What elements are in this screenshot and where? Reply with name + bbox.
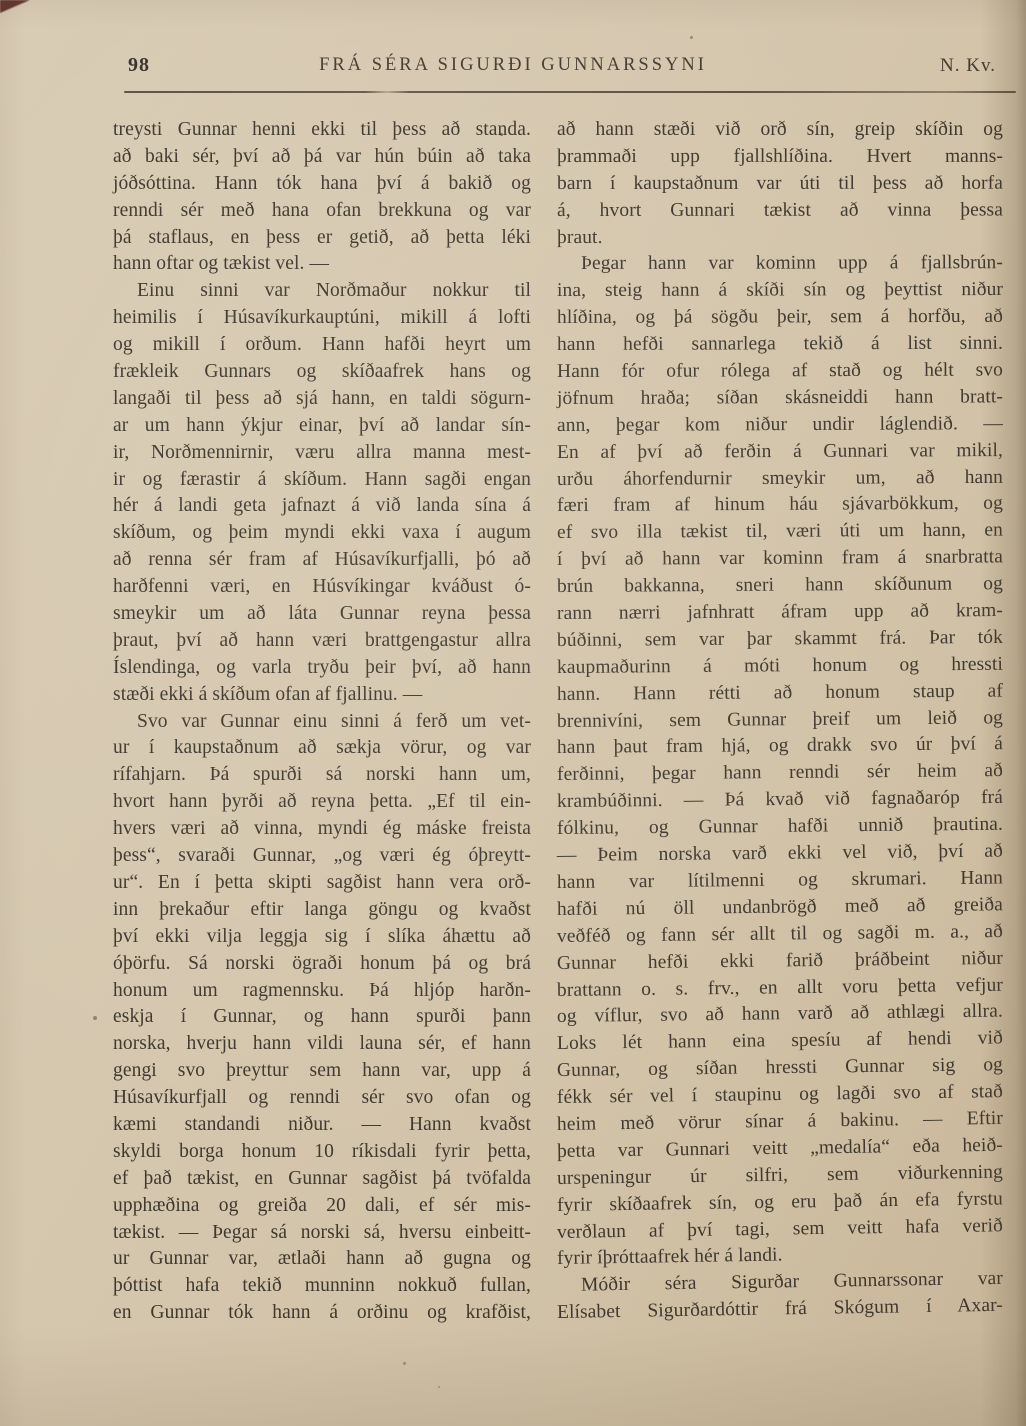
- text-line: ef það tækist, en Gunnar sagðist þá tvöf…: [113, 1166, 531, 1193]
- text-line: ina, steig hann á skíði sín og þeyttist …: [557, 277, 1003, 305]
- scan-corner-artifact: [0, 0, 30, 13]
- scan-speck: [500, 133, 503, 136]
- text-line: heimilis í Húsavíkurkauptúni, mikill á l…: [113, 305, 531, 332]
- text-line: rífahjarn. Þá spurði sá norski hann um,: [113, 762, 531, 789]
- text-line: honum um ragmennsku. Þá hljóp harðn-: [113, 978, 531, 1005]
- text-line: rann nærri jafnhratt áfram upp að kram-: [557, 598, 1003, 628]
- text-line: Þegar hann var kominn upp á fjallsbrún-: [557, 251, 1003, 279]
- paragraph: Svo var Gunnar einu sinni á ferð um vet-…: [113, 709, 531, 1327]
- running-title: FRÁ SÉRA SIGURÐI GUNNARSSYNI: [0, 55, 1026, 76]
- book-page-scan: 98 FRÁ SÉRA SIGURÐI GUNNARSSYNI N. Kv. t…: [0, 0, 1026, 1426]
- column-right: að hann stæði við orð sín, greip skíðin …: [557, 117, 1003, 1327]
- text-line: urðu áhorfendurnir smeykir um, að hann: [557, 464, 1003, 493]
- text-line: langaði til þess að sjá hann, en taldi s…: [113, 386, 531, 413]
- text-line: búðinni, sem var þar skammt frá. Þar tók: [557, 625, 1003, 655]
- text-line: færi fram af hinum háu sjávarbökkum, og: [557, 491, 1003, 520]
- text-line: þess“, svaraði Gunnar, „og væri ég óþrey…: [113, 843, 531, 870]
- text-line: en Gunnar tók hann á orðinu og krafðist,: [113, 1300, 531, 1327]
- scan-speck: [438, 1386, 440, 1388]
- scan-speck: [403, 1362, 406, 1365]
- text-line: skíðum, og þeim myndi ekki vaxa í augum: [113, 520, 531, 547]
- paragraph: að hann stæði við orð sín, greip skíðin …: [557, 117, 1003, 251]
- text-line: ur“. En í þetta skipti sagðist hann vera…: [113, 870, 531, 897]
- text-line: Elísabet Sigurðardóttir frá Skógum í Axa…: [557, 1293, 1003, 1327]
- text-line: að renna sér fram af Húsavíkurfjalli, þó…: [113, 547, 531, 574]
- text-line: að hann stæði við orð sín, greip skíðin …: [557, 117, 1003, 144]
- text-line: á, hvort Gunnari tækist að vinna þessa: [557, 197, 1003, 224]
- text-line: upphæðina og greiða 20 dali, ef sér mis-: [113, 1193, 531, 1220]
- text-line: hann oftar og tækist vel. —: [113, 251, 531, 278]
- text-line: óþörfu. Sá norski ögraði honum þá og brá: [113, 951, 531, 978]
- text-line: jóðsóttina. Hann tók hana því á bakið og: [113, 171, 531, 198]
- text-line: kæmi standandi niður. — Hann kvaðst: [113, 1112, 531, 1139]
- text-line: hann hefði sannarlega tekið á list sinni…: [557, 331, 1003, 359]
- text-line: að baki sér, því að þá var hún búin að t…: [113, 144, 531, 171]
- text-line: ur í kaupstaðnum að sækja vörur, og var: [113, 735, 531, 762]
- text-line: Íslendinga, og varla tryðu þeir því, að …: [113, 655, 531, 682]
- text-line: brún bakkanna, sneri hann skíðunum og: [557, 571, 1003, 601]
- text-line: barn í kaupstaðnum var úti til þess að h…: [557, 170, 1003, 197]
- text-line: hlíðina, og þá sögðu þeir, sem á horfðu,…: [557, 304, 1003, 332]
- text-line: skyldi borga honum 10 ríkisdali fyrir þe…: [113, 1139, 531, 1166]
- text-line: og mikill í orðum. Hann hafði heyrt um: [113, 332, 531, 359]
- text-line: kaupmaðurinn á móti honum og hressti: [557, 652, 1003, 682]
- text-line: þrammaði upp fjallshlíðina. Hvert manns-: [557, 144, 1003, 171]
- paragraph: treysti Gunnar henni ekki til þess að st…: [113, 117, 531, 278]
- text-line: hvort hann þyrði að reyna þetta. „Ef til…: [113, 789, 531, 816]
- text-line: í því að hann var kominn fram á snarbrat…: [557, 545, 1003, 575]
- text-line: eskja í Gunnar, og hann spurði þann: [113, 1004, 531, 1031]
- text-line: harðfenni væri, en Húsvíkingar kváðust ó…: [113, 574, 531, 601]
- text-line: þóttist hafa tekið munninn nokkuð fullan…: [113, 1273, 531, 1300]
- text-line: gengi svo þreyttur sem hann var, upp á: [113, 1058, 531, 1085]
- text-line: renndi sér með hana ofan brekkuna og var: [113, 198, 531, 225]
- paragraph: Einu sinni var Norðmaður nokkur tilheimi…: [113, 278, 531, 708]
- text-line: ur Gunnar var, ætlaði hann að gugna og: [113, 1246, 531, 1273]
- text-line: inn þrekaður eftir langa göngu og kvaðst: [113, 897, 531, 924]
- text-line: Svo var Gunnar einu sinni á ferð um vet-: [113, 709, 531, 736]
- text-line: tækist. — Þegar sá norski sá, hversu ein…: [113, 1220, 531, 1247]
- text-line: ar um hann ýkjur einar, því að landar sí…: [113, 413, 531, 440]
- text-line: hvers væri að vinna, myndi ég máske frei…: [113, 816, 531, 843]
- text-line: frækleik Gunnars og skíðaafrek hans og: [113, 359, 531, 386]
- header-right-label: N. Kv.: [940, 55, 996, 77]
- text-line: ir, Norðmennirnir, væru allra manna mest…: [113, 440, 531, 467]
- text-line: norska, hverju hann vildi launa sér, ef …: [113, 1031, 531, 1058]
- paragraph: Móðir séra Sigurðar Gunnarssonar varElís…: [557, 1273, 1003, 1327]
- text-line: En af því að ferðin á Gunnari var mikil,: [557, 438, 1003, 467]
- text-line: Hann fór ofur rólega af stað og hélt svo: [557, 358, 1003, 386]
- text-line: því ekki vilja leggja sig í slíka áhættu…: [113, 924, 531, 951]
- text-line: hér á landi geta jafnazt á við landa sín…: [113, 493, 531, 520]
- text-line: þraut.: [557, 224, 1003, 252]
- text-line: ef svo illa tækist til, væri úti um hann…: [557, 518, 1003, 547]
- text-line: treysti Gunnar henni ekki til þess að st…: [113, 117, 531, 144]
- text-line: þá staflaus, en þess er getið, að þetta …: [113, 225, 531, 252]
- scan-speck: [690, 36, 693, 39]
- scan-speck: [93, 1016, 97, 1020]
- text-line: ir og færastir á skíðum. Hann sagði enga…: [113, 467, 531, 494]
- column-left: treysti Gunnar henni ekki til þess að st…: [113, 117, 531, 1327]
- text-line: Einu sinni var Norðmaður nokkur til: [113, 278, 531, 305]
- paragraph: Þegar hann var kominn upp á fjallsbrún-i…: [557, 251, 1003, 1273]
- text-line: jöfnum hraða; síðan skásneiddi hann brat…: [557, 384, 1003, 413]
- text-line: ann, þegar kom niður undir láglendið. —: [557, 411, 1003, 440]
- text-line: hann. Hann rétti að honum staup af: [557, 678, 1003, 708]
- text-line: smeykir um að láta Gunnar reyna þessa: [113, 601, 531, 628]
- header-rule: [124, 91, 1016, 93]
- text-line: þraut, því að hann væri brattgengastur a…: [113, 628, 531, 655]
- page-header: 98 FRÁ SÉRA SIGURÐI GUNNARSSYNI N. Kv.: [0, 54, 1026, 84]
- text-line: Húsavíkurfjall og renndi sér svo ofan og: [113, 1085, 531, 1112]
- text-line: stæði ekki á skíðum ofan af fjallinu. —: [113, 682, 531, 709]
